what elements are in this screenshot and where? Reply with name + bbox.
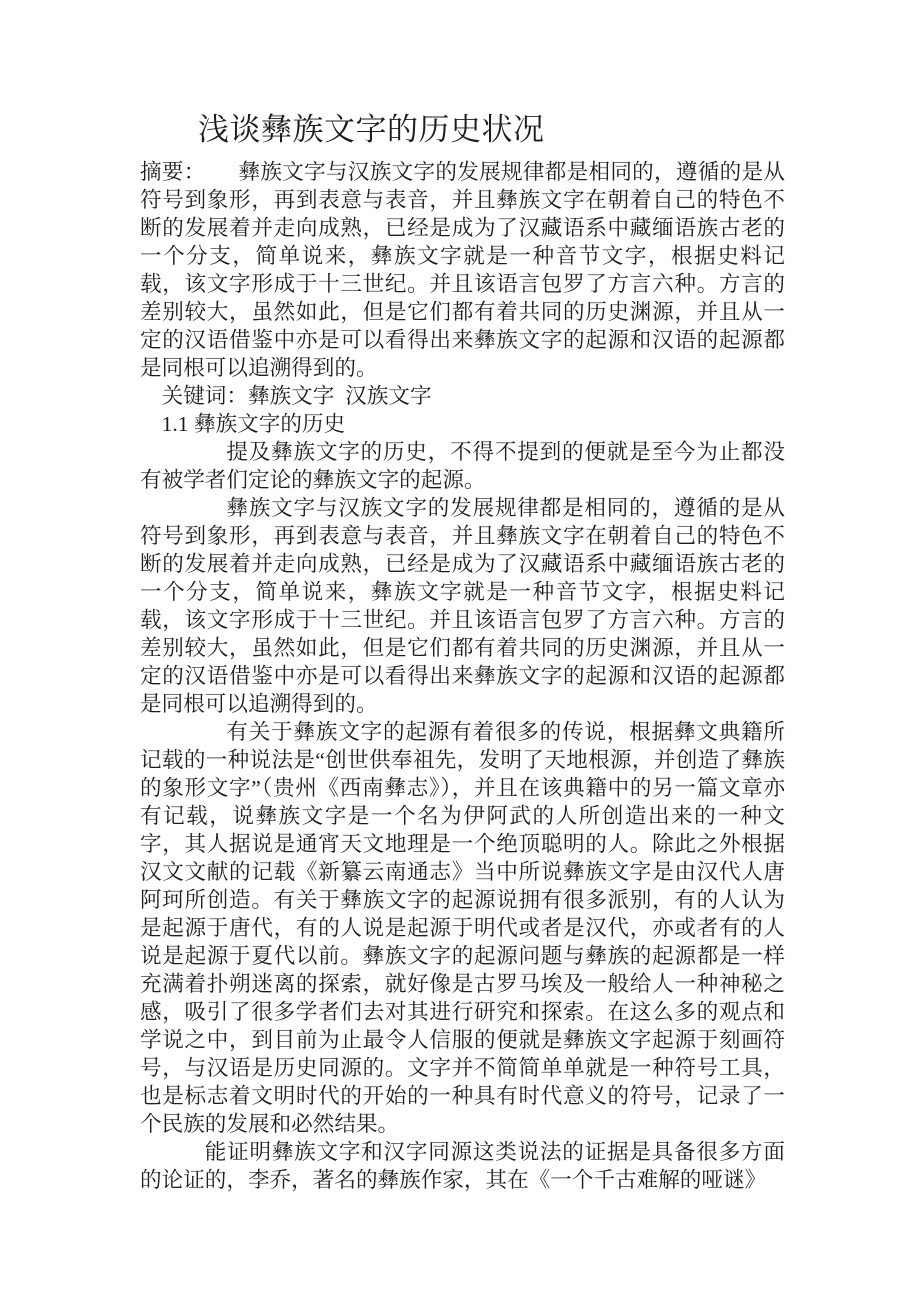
document-title: 浅谈彝族文字的历史状况 <box>198 108 785 152</box>
keywords-label: 关键词： <box>162 384 248 408</box>
body-paragraph: 提及彝族文字的历史，不得不提到的便就是至今为止都没有被学者们定论的彝族文字的起源… <box>140 438 785 494</box>
document-page: 浅谈彝族文字的历史状况 摘要： 彝族文字与汉族文字的发展规律都是相同的，遵循的是… <box>0 0 920 1302</box>
body-paragraph: 有关于彝族文字的起源有着很多的传说，根据彝文典籍所记载的一种说法是“创世供奉祖先… <box>140 718 785 1138</box>
abstract-label: 摘要： <box>140 160 195 184</box>
abstract-paragraph: 摘要： 彝族文字与汉族文字的发展规律都是相同的，遵循的是从符号到象形，再到表意与… <box>140 158 785 382</box>
body-paragraph: 彝族文字与汉族文字的发展规律都是相同的，遵循的是从符号到象形，再到表意与表音，并… <box>140 494 785 718</box>
abstract-text: 彝族文字与汉族文字的发展规律都是相同的，遵循的是从符号到象形，再到表意与表音，并… <box>140 160 785 380</box>
body-paragraph: 能证明彝族文字和汉字同源这类说法的证据是具备很多方面的论证的，李乔，著名的彝族作… <box>140 1138 785 1194</box>
section-heading: 1.1 彝族文字的历史 <box>140 410 785 438</box>
keywords-text: 彝族文字 汉族文字 <box>248 384 432 408</box>
keywords-line: 关键词：彝族文字 汉族文字 <box>140 382 785 410</box>
